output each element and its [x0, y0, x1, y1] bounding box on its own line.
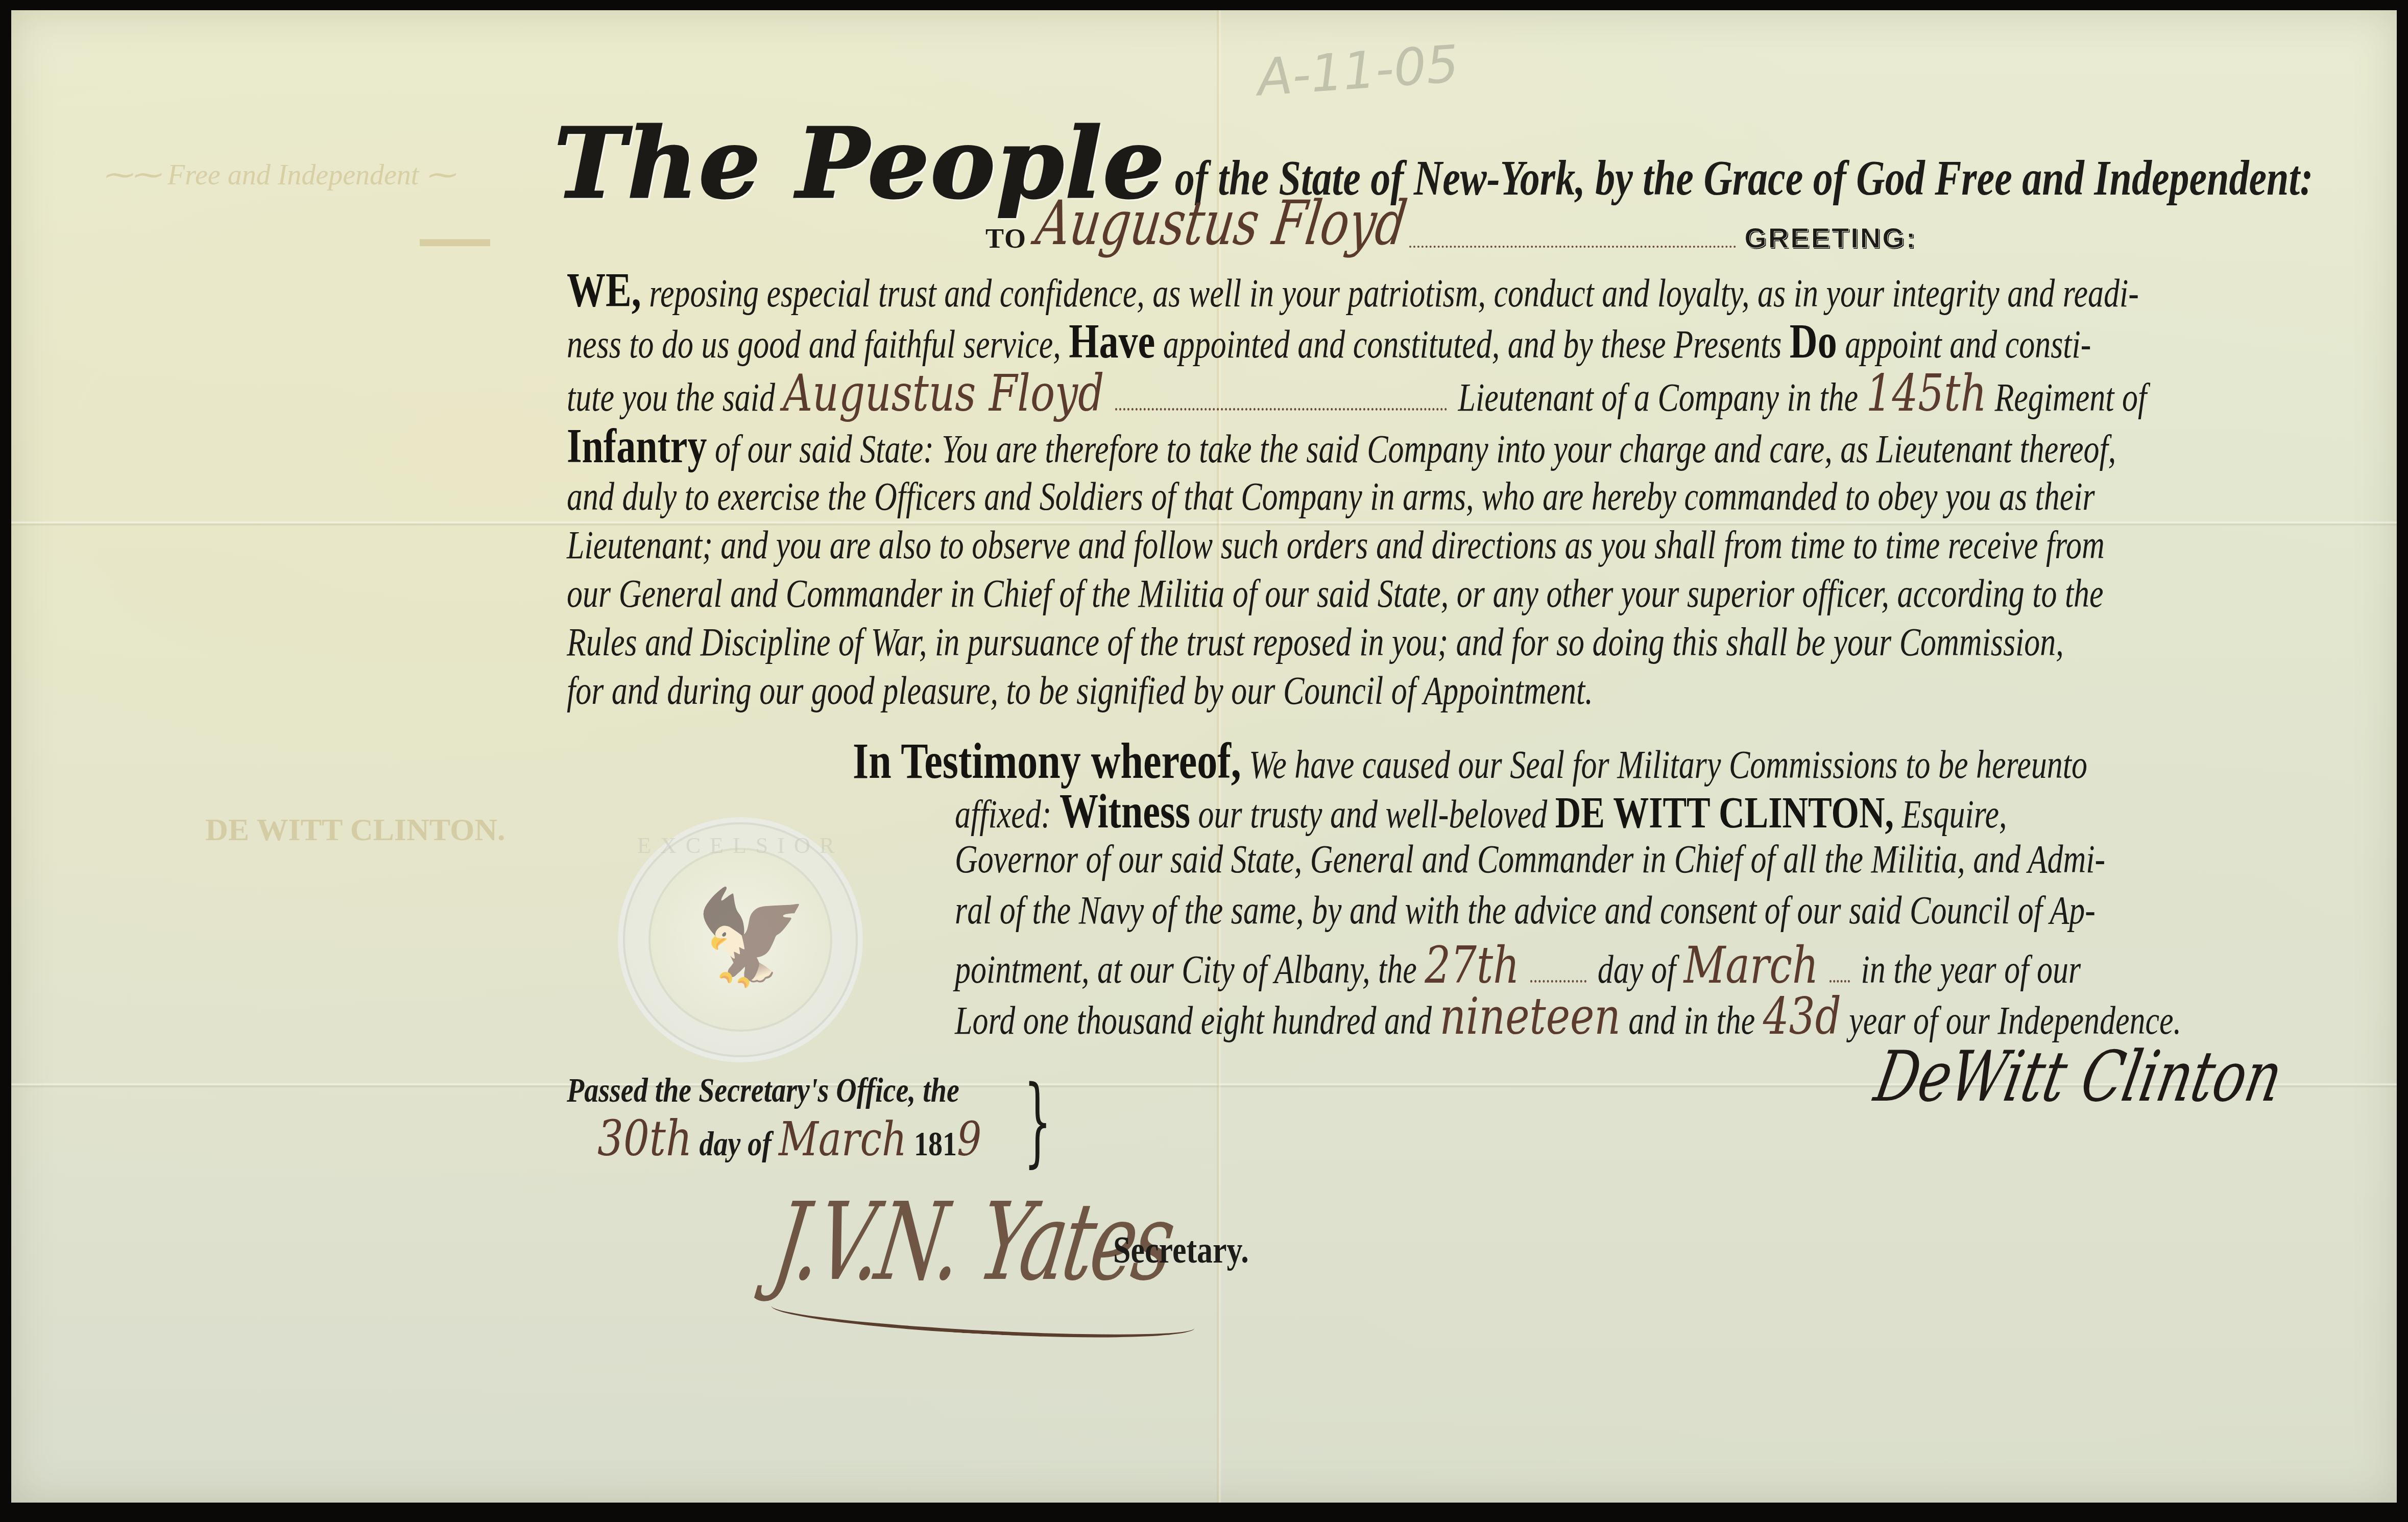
body-text: We have caused our Seal for Military Com… [1249, 743, 2087, 787]
fill-line [1409, 236, 1736, 248]
body-text: our General and Commander in Chief of th… [567, 573, 2104, 616]
body-line-3: tute you the said Augustus Floyd Lieuten… [567, 368, 2147, 419]
fill-line [1829, 968, 1850, 983]
secretary-label: Secretary. [1113, 1229, 1249, 1272]
passed-year-printed: 181 [914, 1125, 957, 1163]
body-text: reposing especial trust and confidence, … [649, 272, 2139, 315]
do-bold: Do [1790, 315, 1837, 368]
passed-day: 30th [597, 1110, 692, 1167]
fill-line [1530, 968, 1586, 983]
body-text: of our said State: You are therefore to … [715, 427, 2116, 471]
independence-year: 43d [1763, 986, 1841, 1045]
body-text: ness to do us good and faithful service, [567, 323, 1061, 366]
body-text: ral of the Navy of the same, by and with… [955, 889, 2096, 933]
body-line-9: for and during our good pleasure, to be … [567, 672, 1593, 711]
eagle-icon: 🦅 [694, 884, 809, 991]
passed-day-of: day of [699, 1125, 772, 1163]
body-line-4: Infantry of our said State: You are ther… [567, 422, 2116, 470]
we-lead: WE, [567, 264, 641, 317]
show-through-text: DE WITT CLINTON. [205, 812, 505, 848]
body-text: Lord one thousand eight hundred and [955, 999, 1432, 1042]
body-text: Lieutenant of a Company in the [1458, 376, 1859, 419]
testimony-line-3: Governor of our said State, General and … [955, 840, 2105, 880]
body-text: Rules and Discipline of War, in pursuanc… [567, 621, 2064, 664]
seal-legend: EXCELSIOR [618, 833, 863, 859]
testimony-line-6: Lord one thousand eight hundred and nine… [955, 991, 2181, 1042]
body-text: our trusty and well-beloved [1198, 793, 1548, 836]
regiment-number: 145th [1866, 363, 1987, 422]
recipient-name: Augustus Floyd [1032, 188, 1411, 259]
governor-signature: DeWitt Clinton [1869, 1036, 2289, 1117]
body-text: Regiment of [1994, 376, 2147, 419]
testimony-line-2: affixed: Witness our trusty and well-bel… [955, 787, 2007, 836]
body-text: Governor of our said State, General and … [955, 838, 2105, 882]
pencil-notation: A-11-05 [1255, 34, 1460, 107]
appointee-name: Augustus Floyd [783, 363, 1104, 422]
body-text: day of [1598, 948, 1676, 991]
greeting-to: TO [985, 223, 1027, 254]
embossed-seal: EXCELSIOR 🦅 [618, 817, 863, 1062]
show-through-text: ⁓⁓ Free and Independent ⁓ [103, 158, 454, 192]
governor-name: DE WITT CLINTON, [1555, 789, 1894, 838]
brace-icon: } [1024, 1073, 1051, 1170]
body-text: affixed: [955, 793, 1051, 836]
body-text: Lieutenant; and you are also to observe … [567, 524, 2105, 567]
body-text: appoint and consti- [1845, 323, 2091, 366]
commission-day: 27th [1425, 935, 1519, 994]
body-text: in the year of our [1861, 948, 2081, 991]
body-text: tute you the said [567, 376, 775, 419]
passed-line: Passed the Secretary's Office, the [567, 1071, 981, 1110]
passed-month: March [779, 1112, 907, 1167]
testimony-line-4: ral of the Navy of the same, by and with… [955, 891, 2096, 931]
commission-month: March [1683, 935, 1818, 994]
show-through-text: ▬▬▬ [420, 225, 490, 252]
testimony-lead: In Testimony whereof, [853, 733, 1241, 789]
body-line-7: our General and Commander in Chief of th… [567, 575, 2104, 614]
infantry-lead: Infantry [567, 419, 707, 473]
body-text: Esquire, [1901, 793, 2007, 836]
body-text: pointment, at our City of Albany, the [955, 948, 1417, 991]
body-text: for and during our good pleasure, to be … [567, 670, 1593, 713]
greeting-word: GREETING: [1744, 221, 1917, 254]
testimony-line-1: In Testimony whereof, We have caused our… [853, 735, 2087, 787]
greeting-line: TO Augustus Floyd GREETING: [985, 204, 1917, 259]
witness-bold: Witness [1059, 784, 1190, 838]
testimony-line-5: pointment, at our City of Albany, the 27… [955, 940, 2081, 991]
passed-year-ink: 9 [957, 1112, 981, 1167]
passed-secretary-office: Passed the Secretary's Office, the 30th … [567, 1078, 981, 1167]
body-text: and in the [1628, 999, 1755, 1042]
passed-date-line: 30th day of March 1819 [597, 1110, 981, 1167]
fill-line [1115, 396, 1447, 411]
have-bold: Have [1069, 315, 1155, 368]
body-line-1: WE, reposing especial trust and confiden… [567, 266, 2139, 315]
body-line-2: ness to do us good and faithful service,… [567, 317, 2091, 366]
body-line-8: Rules and Discipline of War, in pursuanc… [567, 623, 2064, 663]
document-heading: The People of the State of New-York, by … [554, 115, 2313, 212]
body-line-6: Lieutenant; and you are also to observe … [567, 526, 2105, 566]
body-line-5: and duly to exercise the Officers and So… [567, 478, 2095, 517]
body-text: appointed and constituted, and by these … [1163, 323, 1782, 366]
body-text: and duly to exercise the Officers and So… [567, 475, 2095, 519]
commission-year-words: nineteen [1440, 986, 1621, 1045]
